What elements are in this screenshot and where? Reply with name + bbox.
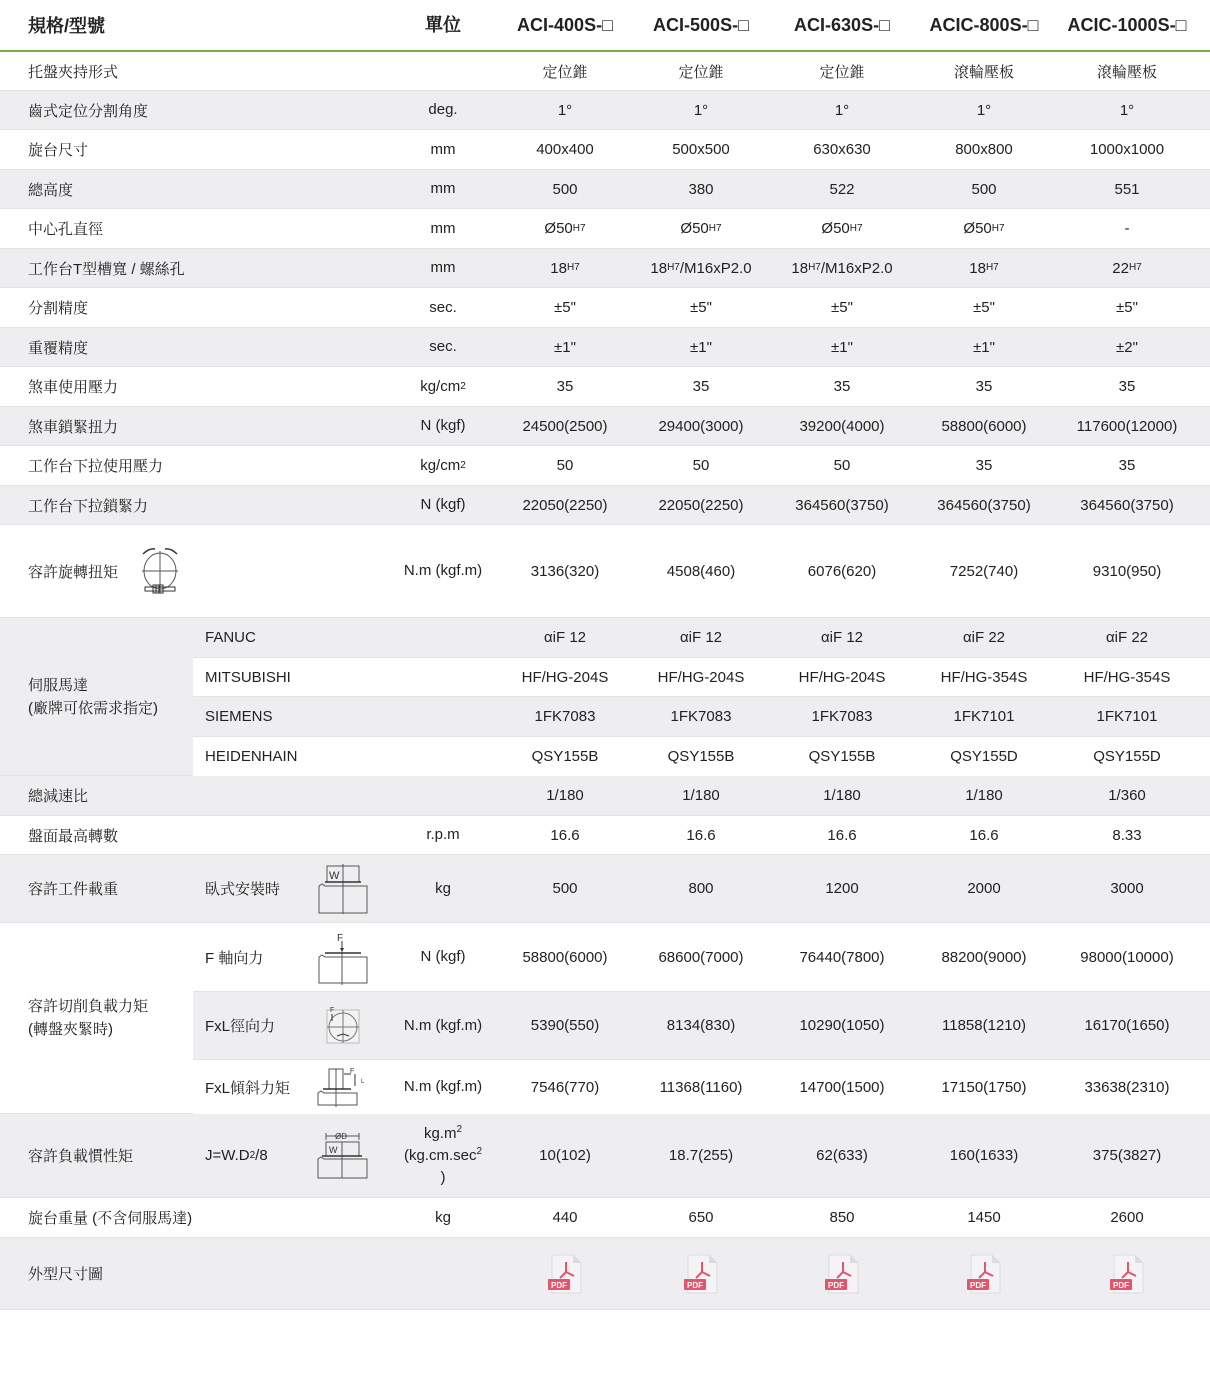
row-unit: kg/cm2 xyxy=(393,446,493,485)
cell-value: 1FK7083 xyxy=(772,697,912,736)
servo-row-fanuc: FANUC αiF 12 αiF 12 αiF 12 αiF 22 αiF 22 xyxy=(193,618,1210,658)
cell-value: 1FK7101 xyxy=(1057,697,1197,736)
cutting-load-group: 容許切削負載力矩 (轉盤夾緊時) F 軸向力 F N (kgf) 58800(6… xyxy=(0,923,1210,1114)
cell-value: 24500(2500) xyxy=(495,407,635,445)
cell-value: 滾輪壓板 xyxy=(914,52,1054,90)
cell-value: QSY155B xyxy=(495,737,635,776)
cell-value: 11858(1210) xyxy=(914,992,1054,1059)
cell-value: αiF 22 xyxy=(1057,618,1197,657)
table-row-index-accuracy: 分割精度 sec. ±5" ±5" ±5" ±5" ±5" xyxy=(0,288,1210,328)
model-header: ACIC-1000S-□ xyxy=(1057,0,1197,50)
row-unit: deg. xyxy=(393,91,493,129)
unit-label: 單位 xyxy=(393,0,493,50)
cell-value: 500 xyxy=(495,855,635,922)
cell-value: ±5" xyxy=(631,288,771,327)
sub-label: F 軸向力 xyxy=(205,923,325,991)
cell-value: 1200 xyxy=(772,855,912,922)
cell-value: 18H7/M16xP2.0 xyxy=(631,249,771,287)
table-row-max-speed: 盤面最高轉數 r.p.m 16.6 16.6 16.6 16.6 8.33 xyxy=(0,816,1210,855)
row-label: 總高度 xyxy=(28,170,218,208)
cell-value: 1° xyxy=(914,91,1054,129)
servo-row-mitsubishi: MITSUBISHI HF/HG-204S HF/HG-204S HF/HG-2… xyxy=(193,658,1210,697)
cell-value: 39200(4000) xyxy=(772,407,912,445)
cell-value: 7252(740) xyxy=(914,525,1054,617)
cell-value: 98000(10000) xyxy=(1057,923,1197,991)
row-label: 容許旋轉扭矩 xyxy=(28,525,218,617)
cell-value: 1/180 xyxy=(772,776,912,815)
cell-value: 35 xyxy=(631,367,771,406)
cell-value: 850 xyxy=(772,1198,912,1237)
table-row-repeat-accuracy: 重覆精度 sec. ±1" ±1" ±1" ±1" ±2" xyxy=(0,328,1210,367)
table-row-inertia: 容許負載慣性矩 J=W.D2/8 ØD W kg.m2 (kg.cm.sec2 … xyxy=(0,1114,1210,1198)
cell-value: 400x400 xyxy=(495,130,635,169)
cell-value: 650 xyxy=(631,1198,771,1237)
row-unit: N (kgf) xyxy=(393,486,493,524)
row-unit: mm xyxy=(393,209,493,248)
cell-value: ±1" xyxy=(495,328,635,366)
row-unit: N (kgf) xyxy=(393,407,493,445)
cell-value: 1/180 xyxy=(914,776,1054,815)
cell-value: αiF 12 xyxy=(495,618,635,657)
pdf-download-link[interactable]: PDF xyxy=(631,1238,771,1309)
cell-value: 8134(830) xyxy=(631,992,771,1059)
cell-value: HF/HG-354S xyxy=(1057,658,1197,696)
row-unit: N.m (kgf.m) xyxy=(393,1060,493,1114)
cell-value: 1/360 xyxy=(1057,776,1197,815)
row-label: 分割精度 xyxy=(28,288,218,327)
cell-value: 定位錐 xyxy=(631,52,771,90)
cell-value: 定位錐 xyxy=(772,52,912,90)
brand-label: SIEMENS xyxy=(205,697,325,736)
cell-value: 16.6 xyxy=(631,816,771,854)
row-unit: r.p.m xyxy=(393,816,493,854)
cell-value: 500x500 xyxy=(631,130,771,169)
pdf-download-link[interactable]: PDF xyxy=(772,1238,912,1309)
row-label: 工作台下拉鎖緊力 xyxy=(28,486,218,524)
cell-value: αiF 12 xyxy=(772,618,912,657)
cell-value: 1/180 xyxy=(631,776,771,815)
model-header: ACI-630S-□ xyxy=(772,0,912,50)
table-row-t-slot: 工作台T型槽寬 / 螺絲孔 mm 18H7 18H7/M16xP2.0 18H7… xyxy=(0,249,1210,288)
table-header: 規格/型號 單位 ACI-400S-□ ACI-500S-□ ACI-630S-… xyxy=(0,0,1210,52)
cell-value: Ø50H7 xyxy=(914,209,1054,248)
row-unit: sec. xyxy=(393,288,493,327)
row-unit: kg xyxy=(393,855,493,922)
tilting-moment-diagram-icon: F L xyxy=(317,1067,369,1107)
cell-value: Ø50H7 xyxy=(772,209,912,248)
cell-value: 35 xyxy=(1057,446,1197,485)
rotation-torque-diagram-icon xyxy=(137,545,183,597)
cell-value: Ø50H7 xyxy=(631,209,771,248)
inertia-diagram-icon: ØD W xyxy=(317,1132,369,1180)
cell-value: HF/HG-204S xyxy=(631,658,771,696)
cell-value: 18H7/M16xP2.0 xyxy=(772,249,912,287)
row-unit: mm xyxy=(393,170,493,208)
cell-value: 35 xyxy=(772,367,912,406)
cell-value: 440 xyxy=(495,1198,635,1237)
cell-value: QSY155D xyxy=(914,737,1054,776)
servo-row-siemens: SIEMENS 1FK7083 1FK7083 1FK7083 1FK7101 … xyxy=(193,697,1210,737)
row-label: 容許負載慣性矩 xyxy=(28,1114,218,1197)
table-row-reduction-ratio: 總減速比 1/180 1/180 1/180 1/180 1/360 xyxy=(0,776,1210,816)
table-row-weight: 旋台重量 (不含伺服馬達) kg 440 650 850 1450 2600 xyxy=(0,1198,1210,1238)
axial-force-diagram-icon: F xyxy=(317,931,369,985)
cell-value: HF/HG-204S xyxy=(772,658,912,696)
cell-value: 9310(950) xyxy=(1057,525,1197,617)
cell-value: 50 xyxy=(495,446,635,485)
model-header: ACI-500S-□ xyxy=(631,0,771,50)
cell-value: 16.6 xyxy=(495,816,635,854)
pdf-download-link[interactable]: PDF xyxy=(1057,1238,1197,1309)
row-label: 齒式定位分割角度 xyxy=(28,91,218,129)
svg-text:PDF: PDF xyxy=(970,1281,986,1290)
cell-value: QSY155B xyxy=(772,737,912,776)
svg-text:W: W xyxy=(329,870,340,882)
table-row-index-angle: 齒式定位分割角度 deg. 1° 1° 1° 1° 1° xyxy=(0,91,1210,130)
row-label: 煞車使用壓力 xyxy=(28,367,218,406)
cell-value: 58800(6000) xyxy=(914,407,1054,445)
cell-value: 3136(320) xyxy=(495,525,635,617)
pdf-icon[interactable]: PDF xyxy=(547,1254,583,1294)
cell-value: ±5" xyxy=(914,288,1054,327)
cell-value: 58800(6000) xyxy=(495,923,635,991)
svg-text:PDF: PDF xyxy=(828,1281,844,1290)
cell-value: 800 xyxy=(631,855,771,922)
cell-value: 18.7(255) xyxy=(631,1114,771,1197)
cell-value: 50 xyxy=(772,446,912,485)
cell-value: 29400(3000) xyxy=(631,407,771,445)
cell-value: 17150(1750) xyxy=(914,1060,1054,1114)
cell-value: 364560(3750) xyxy=(1057,486,1197,524)
cutting-row-tilt: FxL傾斜力矩 F L N.m (kgf.m) 7546(770) 11368(… xyxy=(193,1060,1210,1114)
cutting-row-radial: FxL徑向力 F N.m (kgf.m) 5390(550) 8134(830)… xyxy=(193,992,1210,1060)
cell-value: 35 xyxy=(914,446,1054,485)
pdf-icon[interactable]: PDF xyxy=(1109,1254,1145,1294)
cell-value: 117600(12000) xyxy=(1057,407,1197,445)
table-row-pulldown-pressure: 工作台下拉使用壓力 kg/cm2 50 50 50 35 35 xyxy=(0,446,1210,486)
row-label: 盤面最高轉數 xyxy=(28,816,218,854)
svg-text:PDF: PDF xyxy=(687,1281,703,1290)
row-label: 中心孔直徑 xyxy=(28,209,218,248)
cell-value: 16.6 xyxy=(772,816,912,854)
pdf-download-link[interactable]: PDF xyxy=(495,1238,635,1309)
model-header: ACIC-800S-□ xyxy=(914,0,1054,50)
cell-value: 8.33 xyxy=(1057,816,1197,854)
model-header: ACI-400S-□ xyxy=(495,0,635,50)
cell-value: αiF 22 xyxy=(914,618,1054,657)
cell-value: 33638(2310) xyxy=(1057,1060,1197,1114)
cell-value: ±5" xyxy=(772,288,912,327)
cell-value: 380 xyxy=(631,170,771,208)
svg-text:F: F xyxy=(330,1007,334,1014)
table-row-table-size: 旋台尺寸 mm 400x400 500x500 630x630 800x800 … xyxy=(0,130,1210,170)
brand-label: FANUC xyxy=(205,618,325,657)
cell-value: 16.6 xyxy=(914,816,1054,854)
cell-value: 500 xyxy=(495,170,635,208)
cell-value: 364560(3750) xyxy=(772,486,912,524)
svg-text:L: L xyxy=(361,1079,365,1085)
cell-value: 522 xyxy=(772,170,912,208)
cell-value: 1° xyxy=(772,91,912,129)
cell-value: 1000x1000 xyxy=(1057,130,1197,169)
row-label: 煞車鎖緊扭力 xyxy=(28,407,218,445)
cell-value: 16170(1650) xyxy=(1057,992,1197,1059)
radial-force-diagram-icon: F xyxy=(326,1006,360,1044)
cell-value: αiF 12 xyxy=(631,618,771,657)
table-row-total-height: 總高度 mm 500 380 522 500 551 xyxy=(0,170,1210,209)
cell-value: 1450 xyxy=(914,1198,1054,1237)
cell-value: 50 xyxy=(631,446,771,485)
cell-value: 7546(770) xyxy=(495,1060,635,1114)
row-unit: N.m (kgf.m) xyxy=(393,992,493,1059)
pdf-download-link[interactable]: PDF xyxy=(914,1238,1054,1309)
row-unit: kg/cm2 xyxy=(393,367,493,406)
sub-label: FxL傾斜力矩 xyxy=(205,1060,325,1114)
cell-value: ±5" xyxy=(1057,288,1197,327)
cell-value: ±1" xyxy=(772,328,912,366)
row-unit xyxy=(393,776,493,815)
sub-label: FxL徑向力 xyxy=(205,992,325,1059)
cell-value: - xyxy=(1057,209,1197,248)
cell-value: 1° xyxy=(495,91,635,129)
cell-value: 1/180 xyxy=(495,776,635,815)
pdf-icon[interactable]: PDF xyxy=(966,1254,1002,1294)
svg-text:W: W xyxy=(329,1145,338,1155)
row-unit: N.m (kgf.m) xyxy=(393,525,493,617)
row-unit: kg.m2 (kg.cm.sec2 ) xyxy=(393,1114,493,1197)
cell-value: 1FK7083 xyxy=(631,697,771,736)
cell-value: 364560(3750) xyxy=(914,486,1054,524)
table-row-drawing: 外型尺寸圖 PDF PDF PDF xyxy=(0,1238,1210,1310)
table-row-work-load: 容許工件載重 臥式安裝時 W kg 500 800 1200 2000 3000 xyxy=(0,855,1210,923)
cell-value: 2000 xyxy=(914,855,1054,922)
pdf-icon[interactable]: PDF xyxy=(683,1254,719,1294)
row-sublabel: 臥式安裝時 xyxy=(205,855,280,922)
cell-value: QSY155D xyxy=(1057,737,1197,776)
servo-motor-label: 伺服馬達 (廠牌可依需求指定) xyxy=(28,674,158,720)
cell-value: 6076(620) xyxy=(772,525,912,617)
row-unit: mm xyxy=(393,130,493,169)
cell-value: 1FK7101 xyxy=(914,697,1054,736)
table-row-rotation-torque: 容許旋轉扭矩 N.m (kgf.m) 3136(320) 4508(460) 6… xyxy=(0,525,1210,618)
row-label: 容許工件載重 xyxy=(28,855,218,922)
brand-label: MITSUBISHI xyxy=(205,658,325,696)
row-unit: sec. xyxy=(393,328,493,366)
table-row-brake-pressure: 煞車使用壓力 kg/cm2 35 35 35 35 35 xyxy=(0,367,1210,407)
row-label: 外型尺寸圖 xyxy=(28,1238,218,1309)
row-unit: kg xyxy=(393,1198,493,1237)
cell-value: ±5" xyxy=(495,288,635,327)
svg-text:ØD: ØD xyxy=(335,1132,347,1141)
cell-value: ±2" xyxy=(1057,328,1197,366)
row-unit: mm xyxy=(393,249,493,287)
row-label: 工作台下拉使用壓力 xyxy=(28,446,218,485)
row-label: 工作台T型槽寬 / 螺絲孔 xyxy=(28,249,288,287)
row-label: 旋台重量 (不含伺服馬達) xyxy=(28,1198,328,1237)
row-label: 旋台尺寸 xyxy=(28,130,218,169)
cell-value: HF/HG-204S xyxy=(495,658,635,696)
pdf-icon[interactable]: PDF xyxy=(824,1254,860,1294)
cell-value: 76440(7800) xyxy=(772,923,912,991)
cell-value: 500 xyxy=(914,170,1054,208)
cell-value: 滾輪壓板 xyxy=(1057,52,1197,90)
cell-value: 4508(460) xyxy=(631,525,771,617)
cell-value: QSY155B xyxy=(631,737,771,776)
cell-value: 2600 xyxy=(1057,1198,1197,1237)
table-row-center-bore: 中心孔直徑 mm Ø50H7 Ø50H7 Ø50H7 Ø50H7 - xyxy=(0,209,1210,249)
cell-value: 35 xyxy=(1057,367,1197,406)
svg-text:PDF: PDF xyxy=(551,1281,567,1290)
svg-text:PDF: PDF xyxy=(1113,1281,1129,1290)
table-row-pulldown-force: 工作台下拉鎖緊力 N (kgf) 22050(2250) 22050(2250)… xyxy=(0,486,1210,525)
cutting-row-axial: F 軸向力 F N (kgf) 58800(6000) 68600(7000) … xyxy=(193,923,1210,992)
row-label: 重覆精度 xyxy=(28,328,218,366)
cell-value: 68600(7000) xyxy=(631,923,771,991)
cutting-load-label: 容許切削負載力矩 (轉盤夾緊時) xyxy=(28,995,148,1041)
cell-value: 22050(2250) xyxy=(495,486,635,524)
cell-value: 22050(2250) xyxy=(631,486,771,524)
cell-value: 630x630 xyxy=(772,130,912,169)
cell-value: 10(102) xyxy=(495,1114,635,1197)
brand-label: HEIDENHAIN xyxy=(205,737,325,776)
cell-value: 3000 xyxy=(1057,855,1197,922)
cell-value: 5390(550) xyxy=(495,992,635,1059)
table-row-clamp-type: 托盤夾持形式 定位錐 定位錐 定位錐 滾輪壓板 滾輪壓板 xyxy=(0,52,1210,91)
cell-value: 160(1633) xyxy=(914,1114,1054,1197)
cell-value: 62(633) xyxy=(772,1114,912,1197)
cell-value: 22H7 xyxy=(1057,249,1197,287)
row-sublabel: J=W.D2/8 xyxy=(205,1114,268,1197)
cell-value: HF/HG-354S xyxy=(914,658,1054,696)
cell-value: 1° xyxy=(631,91,771,129)
cell-value: 1° xyxy=(1057,91,1197,129)
spec-label: 規格/型號 xyxy=(28,0,218,50)
servo-row-heidenhain: HEIDENHAIN QSY155B QSY155B QSY155B QSY15… xyxy=(193,737,1210,776)
cell-value: 551 xyxy=(1057,170,1197,208)
row-label: 總減速比 xyxy=(28,776,218,815)
row-unit xyxy=(393,52,493,90)
cell-value: 35 xyxy=(495,367,635,406)
row-unit: N (kgf) xyxy=(393,923,493,991)
cell-value: 10290(1050) xyxy=(772,992,912,1059)
cell-value: 14700(1500) xyxy=(772,1060,912,1114)
cell-value: 18H7 xyxy=(914,249,1054,287)
cell-value: 1FK7083 xyxy=(495,697,635,736)
cell-value: Ø50H7 xyxy=(495,209,635,248)
cell-value: 88200(9000) xyxy=(914,923,1054,991)
cell-value: ±1" xyxy=(631,328,771,366)
cell-value: 定位錐 xyxy=(495,52,635,90)
cell-value: 18H7 xyxy=(495,249,635,287)
cell-value: ±1" xyxy=(914,328,1054,366)
row-label: 托盤夾持形式 xyxy=(28,52,218,90)
cell-value: 375(3827) xyxy=(1057,1114,1197,1197)
horizontal-load-diagram-icon: W xyxy=(317,864,369,914)
cell-value: 800x800 xyxy=(914,130,1054,169)
table-row-brake-torque: 煞車鎖緊扭力 N (kgf) 24500(2500) 29400(3000) 3… xyxy=(0,407,1210,446)
servo-motor-group: 伺服馬達 (廠牌可依需求指定) FANUC αiF 12 αiF 12 αiF … xyxy=(0,618,1210,776)
cell-value: 35 xyxy=(914,367,1054,406)
cell-value: 11368(1160) xyxy=(631,1060,771,1114)
